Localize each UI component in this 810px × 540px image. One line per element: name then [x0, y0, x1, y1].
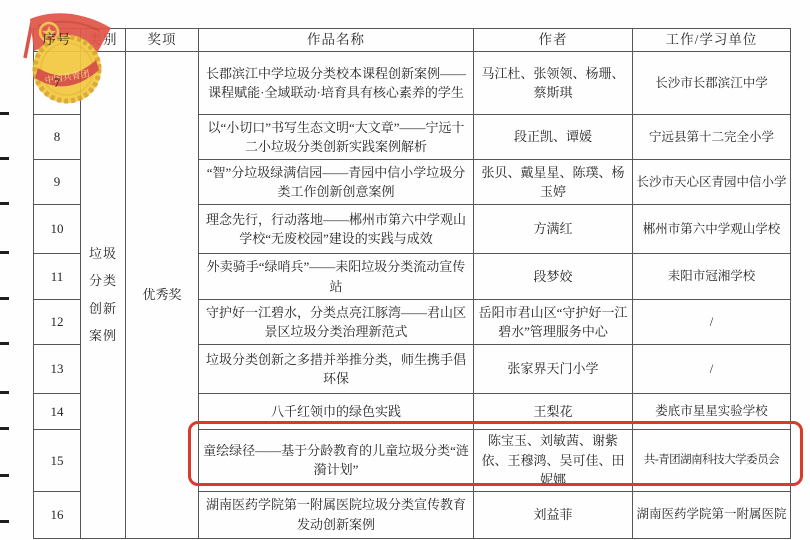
authors-cell: 刘益菲 — [474, 491, 633, 538]
seq-cell: 12 — [34, 300, 81, 345]
org-cell: 宁远县第十二完全小学 — [633, 115, 791, 160]
title-cell: 理念先行，行动落地——郴州市第六中学观山学校“无废校园”建设的实践与成效 — [199, 205, 474, 254]
scan-artifact-tick — [0, 202, 9, 205]
col-header-award: 奖项 — [126, 29, 199, 52]
org-cell: 耒阳市冠湘学校 — [633, 254, 791, 300]
category-cell: 垃圾分类创新案例 — [81, 52, 126, 539]
seq-cell: 14 — [34, 394, 81, 430]
col-header-title: 作品名称 — [199, 29, 474, 52]
scan-artifact-tick — [0, 391, 9, 394]
scan-artifact-tick — [0, 157, 9, 160]
org-cell: 湖南医药学院第一附属医院 — [633, 491, 791, 538]
authors-cell: 岳阳市君山区“守护好一江碧水”管理服务中心 — [474, 300, 633, 345]
header-row: 序号 类别 奖项 作品名称 作者 工作/学习单位 — [34, 29, 791, 52]
col-header-org: 工作/学习单位 — [633, 29, 791, 52]
cyl-badge-logo: 中国共青团 — [18, 6, 122, 110]
table-row: 7 垃圾分类创新案例 优秀奖 长郡滨江中学垃圾分类校本课程创新案例——课程赋能·… — [34, 52, 791, 115]
seq-cell: 15 — [34, 430, 81, 492]
scan-artifact-tick — [0, 112, 9, 115]
title-cell: 外卖骑手“绿哨兵”——耒阳垃圾分类流动宣传站 — [199, 254, 474, 300]
org-cell: / — [633, 300, 791, 345]
highlight-box-row-15 — [188, 421, 803, 486]
authors-cell: 马江杜、张领领、杨珊、蔡斯琪 — [474, 52, 633, 115]
org-cell: 长沙市天心区青园中信小学 — [633, 160, 791, 205]
title-cell: 守护好一江碧水，分类点亮江豚湾——君山区景区垃圾分类治理新范式 — [199, 300, 474, 345]
seq-cell: 13 — [34, 345, 81, 394]
scan-artifact-tick — [0, 427, 9, 430]
title-cell: “智”分垃圾绿满信园——青园中信小学垃圾分类工作创新创意案例 — [199, 160, 474, 205]
scan-artifact-tick — [0, 297, 9, 300]
org-cell: 郴州市第六中学观山学校 — [633, 205, 791, 254]
seq-cell: 8 — [34, 115, 81, 160]
scanned-page: 序号 类别 奖项 作品名称 作者 工作/学习单位 7 垃圾分类创新案例 优秀奖 … — [0, 0, 810, 540]
seq-cell: 16 — [34, 491, 81, 538]
title-cell: 以“小切口”书写生态文明“大文章”——宁远十二小垃圾分类创新实践案例解析 — [199, 115, 474, 160]
scan-artifact-tick — [0, 474, 9, 477]
seq-cell: 10 — [34, 205, 81, 254]
seq-cell: 11 — [34, 254, 81, 300]
authors-cell: 张家界天门小学 — [474, 345, 633, 394]
title-cell: 湖南医药学院第一附属医院垃圾分类宣传教育发动创新案例 — [199, 491, 474, 538]
authors-cell: 段正凯、谭媛 — [474, 115, 633, 160]
title-cell: 垃圾分类创新之多措并举推分类，师生携手倡环保 — [199, 345, 474, 394]
seq-cell: 9 — [34, 160, 81, 205]
authors-cell: 方满红 — [474, 205, 633, 254]
scan-artifact-tick — [0, 520, 9, 523]
authors-cell: 张贝、戴星星、陈璞、杨玉婷 — [474, 160, 633, 205]
authors-cell: 段梦姣 — [474, 254, 633, 300]
title-cell: 长郡滨江中学垃圾分类校本课程创新案例——课程赋能·全域联动·培育具有核心素养的学… — [199, 52, 474, 115]
col-header-authors: 作者 — [474, 29, 633, 52]
org-cell: 长沙市长郡滨江中学 — [633, 52, 791, 115]
flag-pole — [25, 22, 32, 58]
org-cell: / — [633, 345, 791, 394]
scan-artifact-tick — [0, 251, 9, 254]
scan-artifact-tick — [0, 342, 9, 345]
